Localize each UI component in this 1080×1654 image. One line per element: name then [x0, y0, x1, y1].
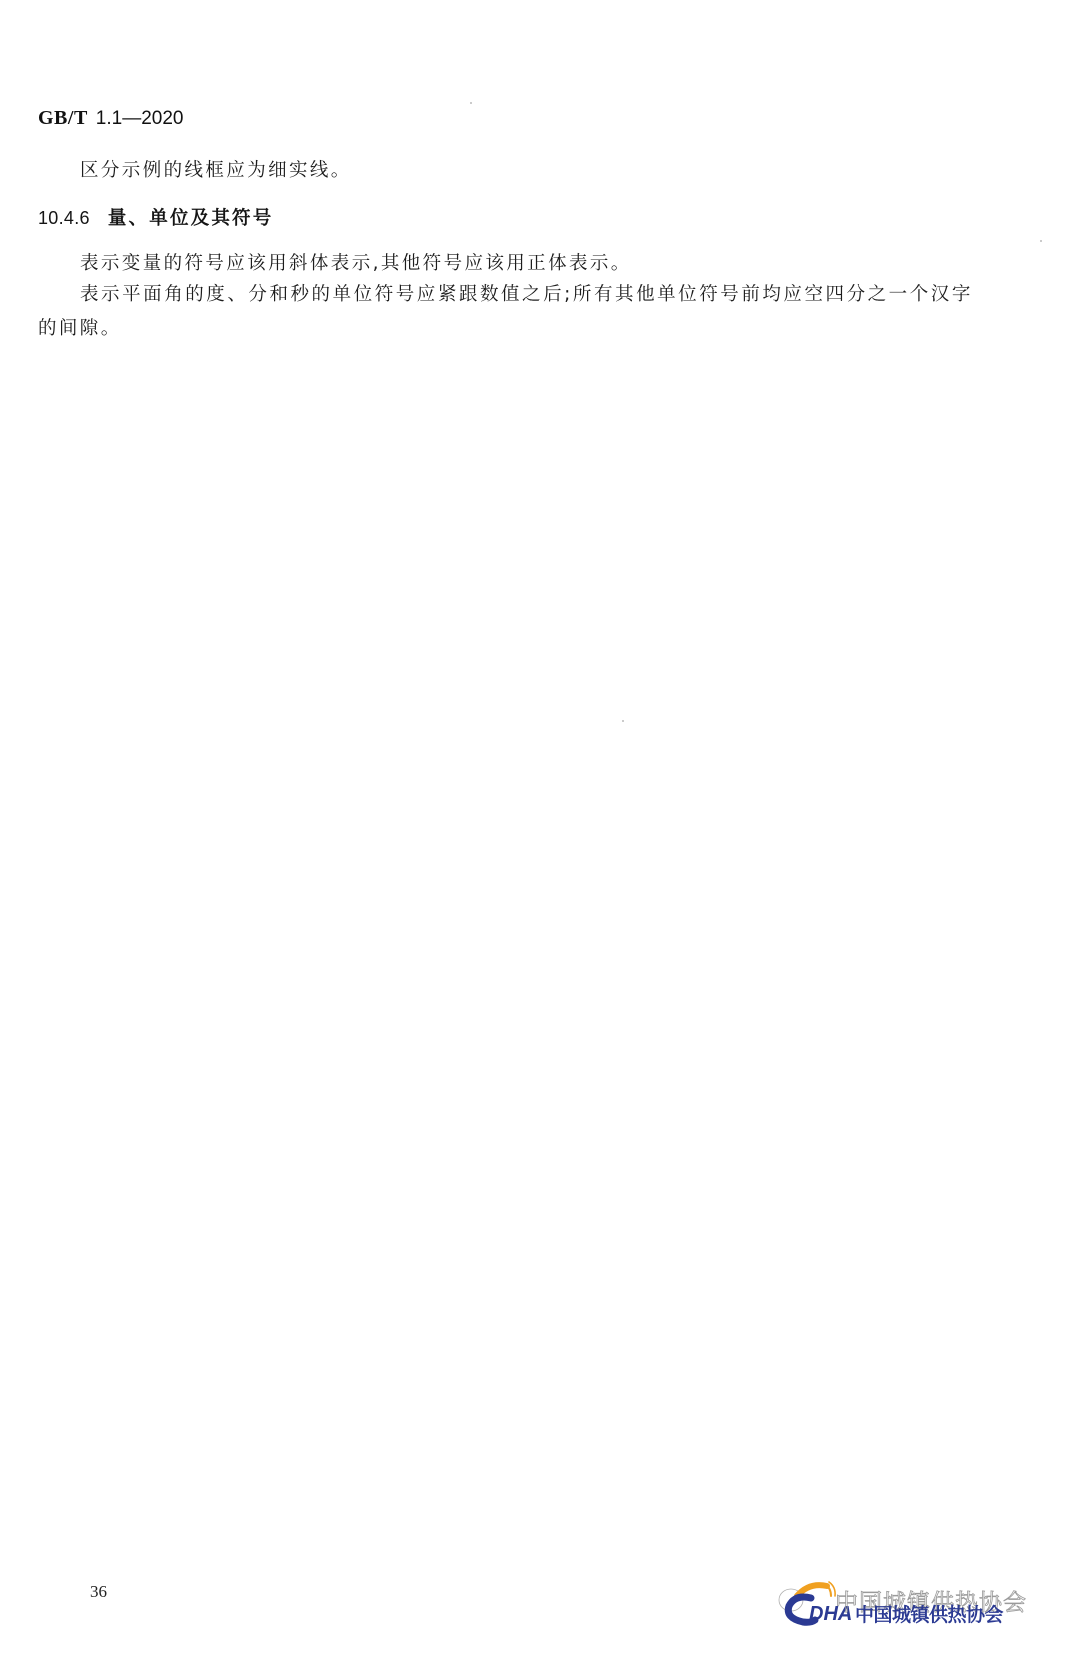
scan-speck	[1040, 240, 1042, 242]
standard-code-header: GB/T1.1—2020	[38, 106, 183, 131]
standard-prefix: GB/T	[38, 107, 88, 129]
paragraph-2-line-1: 表示平面角的度、分和秒的单位符号应紧跟数值之后;所有其他单位符号前均应空四分之一…	[80, 283, 973, 307]
scan-speck	[470, 102, 472, 104]
section-heading: 10.4.6量、单位及其符号	[38, 206, 273, 231]
paragraph-2-line-2: 的间隙。	[38, 317, 122, 341]
paragraph-1-line-1: 表示变量的符号应该用斜体表示,其他符号应该用正体表示。	[80, 252, 632, 276]
logo-org-name: 中国城镇供热协会	[855, 1600, 1003, 1627]
cdha-watermark-logo: DHA 中国城镇供热协会 中国城镇供热协会	[775, 1574, 1015, 1630]
continued-text-line: 区分示例的线框应为细实线。	[80, 159, 352, 183]
scan-speck	[622, 720, 624, 722]
page-number: 36	[90, 1582, 107, 1602]
section-title: 量、单位及其符号	[108, 208, 274, 229]
standard-number: 1.1—2020	[96, 108, 184, 129]
document-page: GB/T1.1—2020 区分示例的线框应为细实线。 10.4.6量、单位及其符…	[0, 0, 1080, 1654]
section-number: 10.4.6	[38, 208, 90, 228]
